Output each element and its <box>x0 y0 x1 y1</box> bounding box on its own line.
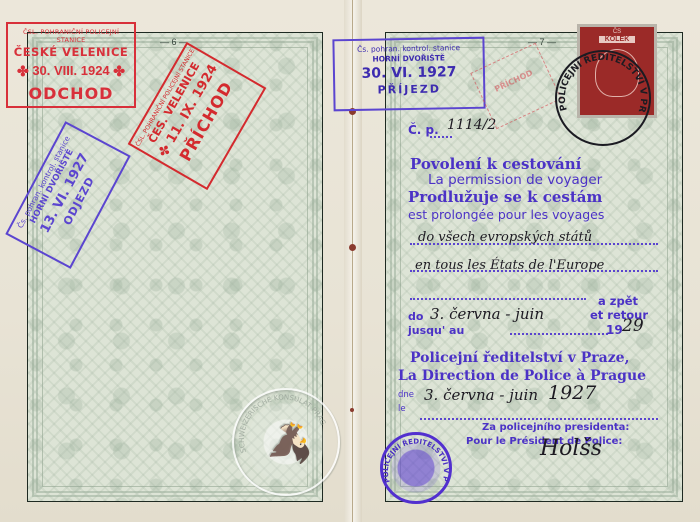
revenue-country: ČS <box>580 29 654 35</box>
dotted-line <box>430 136 452 138</box>
fleuron-icon: ✤ <box>113 63 125 80</box>
authority-fr: La Direction de Police à Prague <box>398 368 646 384</box>
embossed-seal-text: SCHWEIZERISCHE KONSULAT PRAG <box>232 388 336 492</box>
passport-spread: — 6 — — 7 — 🦅 ČSL. POHRANIČNÍ POLICEJNÍ … <box>0 0 700 522</box>
destination-cz-handwritten: do všech evropských států <box>418 230 592 245</box>
issue-date-handwritten: 3. června - juin <box>424 386 538 404</box>
svg-text:SCHWEIZERISCHE KONSULAT PRAG: SCHWEIZERISCHE KONSULAT PRAG <box>238 393 327 453</box>
dotted-line <box>420 418 658 420</box>
stamp-date-row: ✤ 30. VIII. 1924 ✤ <box>8 63 134 80</box>
stamp-ceske-velenice-odchod: ČSL. POHRANIČNÍ POLICEJNÍ STANICE ČESKÉ … <box>6 22 136 108</box>
issue-year-handwritten: 1927 <box>548 382 596 404</box>
reference-label: Č. p. <box>408 123 439 137</box>
authority-cz: Policejní ředitelství v Praze, <box>410 350 629 366</box>
stamp-direction: ODCHOD <box>8 84 134 103</box>
extension-fr: est prolongée pour les voyages <box>408 207 604 222</box>
postmark-text: POLICEJNÍ ŘEDITELSTVÍ V PRAZE <box>555 50 651 146</box>
reference-number-handwritten: 1114/2 <box>447 117 496 133</box>
for-president-cz: Za policejního presidenta: <box>482 422 629 433</box>
date-label-cz: dne <box>398 390 414 400</box>
extension-cz: Prodlužuje se k cestám <box>408 188 602 206</box>
return-cz: a zpět <box>598 294 638 308</box>
stamp-direction: PŘÍJEZD <box>335 82 483 98</box>
date-label-fr: le <box>398 404 406 414</box>
destination-fr-handwritten: en tous les États de l'Europe <box>415 258 604 273</box>
year-prefix: 19 <box>606 323 623 337</box>
dotted-line <box>510 333 608 335</box>
svg-text:POLICEJNÍ ŘEDITELSTVÍ V PRAZE: POLICEJNÍ ŘEDITELSTVÍ V PRAZE <box>555 50 648 113</box>
until-cz: do <box>408 310 423 323</box>
heading-cz: Povolení k cestování <box>410 155 581 173</box>
seal-text: POLICEJNÍ ŘEDITELSTVÍ V PRAZE <box>380 432 452 504</box>
fleuron-icon: ✤ <box>155 142 175 160</box>
stamp-horni-dvoriste-prijezd: Čs. pohran. kontrol. stanice HORNÍ DVOŘI… <box>332 37 485 112</box>
dotted-line <box>410 298 586 300</box>
stamp-station: HORNÍ DVOŘIŠTĚ <box>335 53 483 65</box>
stamp-date: 30. VIII. 1924 <box>32 63 109 78</box>
faint-stamp-text: PŘÍCHOD <box>480 62 547 100</box>
svg-text:POLICEJNÍ ŘEDITELSTVÍ V PRAZE: POLICEJNÍ ŘEDITELSTVÍ V PRAZE <box>380 432 450 484</box>
stitch-hole <box>349 244 356 251</box>
stitch-hole <box>350 408 354 412</box>
valid-until-handwritten: 3. června - juin <box>430 305 544 323</box>
revenue-label: KOLEK <box>599 36 636 43</box>
heading-fr: La permission de voyager <box>428 172 602 188</box>
year-suffix-handwritten: 29 <box>622 316 644 336</box>
official-signature: Holšs <box>540 436 602 461</box>
fleuron-icon: ✤ <box>17 63 29 80</box>
until-fr: jusqu' au <box>408 324 464 337</box>
stamp-date: 30. VI. 1927 <box>335 64 483 83</box>
stamp-authority: ČSL. POHRANIČNÍ POLICEJNÍ STANICE <box>8 28 134 44</box>
stamp-station: ČESKÉ VELENICE <box>8 45 134 59</box>
